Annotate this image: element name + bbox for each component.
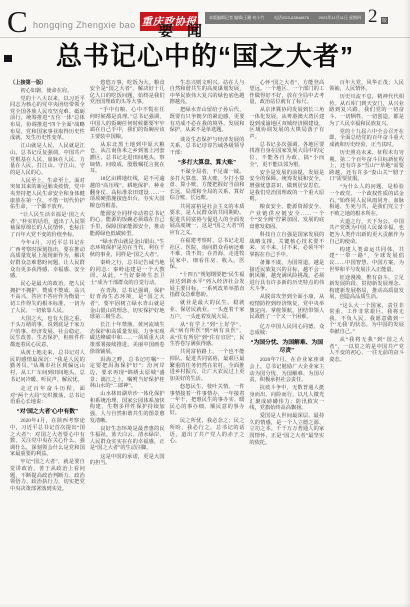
section-lead-in: 谈及生态保护与经济发展的关系，总书记谆谆告诫各级领导干部： bbox=[170, 137, 245, 157]
body-paragraph: 把绿水青山留给子孙后代，既要有只争朝夕的紧迫感，更要有功成不必在我的境界。发展和… bbox=[170, 107, 245, 133]
edition-info-bar: 本版编辑记者 编辑/王珊 何小竹 电话/023-63844876 2021年11… bbox=[205, 12, 365, 24]
body-paragraph: 就业是最大的民生。稳就业、保居民就业，一头连着千家万户，一头连着发展大局。 bbox=[170, 300, 245, 320]
body-paragraph: 2020年7月，在企业家座谈会上，总书记勉励广大企业家主动为国分忧、为国解难、为… bbox=[249, 357, 324, 383]
body-paragraph: 备豫不虞，为国常道。越是接近民族复兴的目标，越不会一帆风顺，越充满风险挑战。必须… bbox=[249, 260, 324, 293]
body-paragraph: “为什么人的问题，是检验一个政党、一个政权性质的试金石。”始终同人民风雨同舟、血… bbox=[329, 184, 404, 217]
body-paragraph: 江山就是人民，人民就是江山。总书记反复强调，中国共产党根基在人民、血脉在人民、力… bbox=[10, 143, 85, 176]
body-paragraph: 悠悠民生，枝叶关情。一件事情接着一件事情办，一年接着一年干，把惠民生的事办实、暖… bbox=[170, 384, 245, 417]
body-paragraph: 在福建考察时，总书记走进社区、医院，询问群众看病还难不难、贵不贵；在青海，走进牧… bbox=[170, 238, 245, 271]
body-paragraph: 构建人类命运共同体，共建“一带一路”，全球发展倡议……中国智慧、中国方案，为世界… bbox=[329, 247, 404, 273]
info-staff: 本版编辑记者 编辑/王珊 何小竹 bbox=[209, 12, 264, 24]
body-paragraph: 山水林田湖草沙一体化保护和系统治理，国家公园体系加快构建，生物多样性保护持续加强… bbox=[90, 391, 165, 424]
scan-edge-right bbox=[404, 0, 410, 607]
body-paragraph: 这是中国的承诺，更是大国的担当。 bbox=[90, 454, 165, 467]
body-paragraph: 从“我将无我”到“国之大者”，一以贯之的是中国共产党人不变的初心、一往无前的奋斗… bbox=[329, 337, 404, 363]
body-paragraph: 共同富裕是社会主义的本质要求，是人民群众的共同期盼。促进共同富裕与促进人的全面发… bbox=[170, 204, 245, 237]
body-paragraph: 长江十年禁渔、黄河流域生态保护和高质量发展、力争实现碳达峰碳中和……一项项重大决… bbox=[90, 322, 165, 355]
body-paragraph: 安全是发展的前提，发展是安全的保障。统筹发展和安全，增强忧患意识，做到居安思危，… bbox=[249, 170, 324, 203]
masthead-initial: C bbox=[7, 6, 28, 37]
body-paragraph: 民心是最大的政治。把人民拥护不拥护、赞成不赞成、高兴不高兴、答应不答应作为衡量一… bbox=[10, 281, 85, 314]
scan-edge-bottom bbox=[0, 603, 410, 607]
masthead: C hongqing Zhengxie bao 重庆政协报 要闻 本版编辑记者 … bbox=[0, 0, 410, 38]
body-paragraph: 民之所忧，我必念之；民之所盼，我必行之。总书记的话语，道出了共产党人的赤子之心。 bbox=[170, 418, 245, 444]
section-subhead: “对‘国之大者’心中有数” bbox=[10, 408, 85, 416]
body-paragraph: 大道之行，天下为公。中国共产党既为中国人民谋幸福，也把为人类作出新的更大贡献作为… bbox=[329, 219, 404, 245]
body-paragraph: 大国之大，也有大国之重。千头万绪的事，说到底是千家万户的事。经济发展、社会稳定、… bbox=[10, 316, 85, 349]
article-column-3: 生态兴则文明兴。站在人与自然和谐共生的高度谋划发展，中华民族伟大复兴的绿色底色越… bbox=[170, 78, 245, 599]
body-paragraph: 不谋全局者，不足谋一域。多打大算盘、算大账，少打小算盘、算小账，方能把握好当前和… bbox=[170, 169, 245, 202]
body-paragraph: “绿水青山就是金山银山。”生态环境保护是功在当代、利在千秋的事业，同样是“国之大… bbox=[90, 239, 165, 259]
section-lead-in: 亿万中国人民同心同德、众志成城： bbox=[249, 324, 324, 337]
masthead-latin-title: hongqing Zhengxie bao bbox=[33, 20, 135, 30]
page-unit-label: 版 bbox=[381, 17, 388, 24]
body-paragraph: 能源安全同样牵动着总书记的心。能源的饭碗必须端在自己手里，保障国家能源安全，推动… bbox=[90, 211, 165, 237]
body-paragraph: 党的十八大以来，以习近平同志为核心的党中央团结带领全党全国各族人民攻坚克难、砥砺… bbox=[10, 96, 85, 142]
section-subhead: “为国分忧、为国解难、为国尽责” bbox=[249, 339, 324, 355]
body-paragraph: 2020年4月，在陕西考察途中，习近平总书记首次提出“国之大者”：对国之大者要心… bbox=[10, 418, 85, 458]
article-column-1: （上接第一版）初心如磐，使命在肩。党的十八大以来，以习近平同志为核心的党中央团结… bbox=[10, 78, 85, 599]
body-paragraph: 科技自立自强是国家发展的战略支撑。关键核心技术要不来、买不来、讨不来，必须牢牢掌… bbox=[249, 232, 324, 258]
body-paragraph: 历史川流不息，精神代代相传。从石库门到天安门，从兴业路到复兴路，我们党的一切奋斗… bbox=[329, 94, 404, 127]
newspaper-page: { "header": { "masthead_initial": "C", "… bbox=[0, 0, 410, 607]
body-paragraph: 抗疫斗争中，无数普通人挺身而出、向险而行，以凡人微光汇聚成磅礴伟力；防汛救灾一线… bbox=[249, 385, 324, 411]
body-paragraph: 百年大党，风华正茂；人民领袖，人民情怀。 bbox=[329, 80, 404, 93]
section-lead-in: 走过百年奋斗历程，面对“两个大局”交织激荡，总书记语重心长地说： bbox=[10, 386, 85, 406]
body-paragraph: 共同富裕路上，一个也不能掉队。促进共同富裕，最艰巨最繁重的任务仍然在农村。全面推… bbox=[170, 349, 245, 382]
body-paragraph: “手中有粮、心中不慌在任何时候都是真理。”总书记强调，中国人的饭碗任何时候都要牢… bbox=[90, 107, 165, 140]
body-paragraph: 爱国是人世间最深层、最持久的情感，是一个人立德之源、立功之本。千千万万普通人的家… bbox=[249, 413, 324, 446]
main-headline: 总书记心中的“国之大者” bbox=[0, 40, 410, 72]
info-date: 2021年11月11日 星期四 bbox=[319, 12, 361, 24]
article-column-4: 心怀“国之大者”，方能登高望远。一个地区、一个部门的工作做得好不好，放在全局中去… bbox=[249, 78, 324, 599]
body-paragraph: 从东北黑土地到中原大粮仓，从江南鱼米之乡到塞上河套灌区，总书记走进田间地头，察墒… bbox=[90, 142, 165, 175]
body-paragraph: 18亿亩耕地红线，是不可逾越的“高压线”。耕地保护、种业翻身仗、高标准农田建设…… bbox=[90, 176, 165, 209]
body-paragraph: 秦岭之行，总书记告诫当地的同志：秦岭违建是一个大教训。从此，“当好秦岭生态卫士”… bbox=[90, 260, 165, 286]
body-paragraph: 征途漫漫，惟有奋斗。立足新发展阶段、贯彻新发展理念、构建新发展格局，推动高质量发… bbox=[329, 275, 404, 301]
section-subhead: “多打大算盘、算大账” bbox=[170, 159, 245, 167]
body-paragraph: 从京津冀协同发展到长三角一体化发展，从粤港澳大湾区建设到成渝地区双城经济圈建设，… bbox=[249, 107, 324, 140]
body-paragraph: 粮食安全、能源资源安全、产业链供应链安全……一个个“安全阀”拧紧加固，发展的底盘… bbox=[249, 204, 324, 230]
body-paragraph: 良好生态环境是最普惠的民生福祉。蓝天白云、清水绿岸，人民群众实实在在的幸福感，正… bbox=[90, 426, 165, 452]
body-paragraph: 今年4月，习近平总书记在广西考察时深刻指出，要在推动高质量发展上展现新作为，解决… bbox=[10, 240, 85, 280]
body-paragraph: “让人民生活幸福是‘国之大者’。”朴实的话语，道出了人民领袖深厚绵长的人民情怀，… bbox=[10, 212, 85, 238]
article-column-5: 百年大党，风华正茂；人民领袖，人民情怀。历史川流不息，精神代代相传。从石库门到天… bbox=[329, 78, 404, 599]
body-paragraph: 从“有学上”到“上好学”，从“病有所医”到“病有良医”，从“住有所居”到“住有宜… bbox=[170, 322, 245, 348]
body-paragraph: 从黄土地走来，总书记对人民的感情最深沉：“我是人民的勤务员。”从城市社区到偏远山… bbox=[10, 350, 85, 383]
body-paragraph: 心怀“国之大者”，方能登高望远。一个地区、一个部门的工作做得好不好，放在全局中去… bbox=[249, 80, 324, 106]
article-columns: （上接第一版）初心如磐，使命在肩。党的十八大以来，以习近平同志为核心的党中央团结… bbox=[10, 78, 404, 599]
body-paragraph: 从脱贫攻坚到全面小康，从疫情防控到经济恢复，党中央举旗定向、掌舵领航，团结带领人… bbox=[249, 294, 324, 320]
body-paragraph: 总书记多次强调，各地区要找准自身在国家发展大局中的定位，不能各自为政、搞“小而全… bbox=[249, 142, 324, 168]
body-paragraph: 生态兴则文明兴。站在人与自然和谐共生的高度谋划发展，中华民族伟大复兴的绿色底色越… bbox=[170, 80, 245, 106]
body-paragraph: 初心如磐，使命在肩。 bbox=[10, 88, 85, 95]
body-paragraph: 历史照亮未来，征程未有穷期。第二个百年奋斗目标新征程上，还有许多“雪山”“草地”… bbox=[329, 150, 404, 183]
body-paragraph: 党的十九届六中全会召开在即，全面总结党的百年奋斗重大成就和历史经验，正当其时。 bbox=[329, 129, 404, 149]
body-paragraph: 牢记“国之大者”，就是要自觉讲政治，善于从政治上看问题，不断提高政治判断力、政治… bbox=[10, 459, 85, 492]
continued-from-note: （上接第一版） bbox=[10, 80, 85, 87]
body-paragraph: 人民至上、生命至上。面对突如其来的新冠肺炎疫情，党中央坚持把人民生命安全和身体健… bbox=[10, 178, 85, 211]
article-column-2: 悠悠万事，吃饭为大。粮食安全是“国之大者”。解决好十几亿人口的吃饭问题，始终是我… bbox=[90, 78, 165, 599]
body-paragraph: “这么大一个国家，责任非常重、工作非常艰巨。我将无我，不负人民。我愿意做到一个‘… bbox=[329, 303, 404, 336]
body-paragraph: 悠悠万事，吃饭为大。粮食安全是“国之大者”。解决好十几亿人口的吃饭问题，始终是我… bbox=[90, 80, 165, 106]
body-paragraph: 在青海，总书记强调，保护好青海生态环境，是“国之大者”，要牢固树立绿水青山就是金… bbox=[90, 288, 165, 321]
body-paragraph: “十四五”规划纲要把“民生福祉达到新水平”列入经济社会发展主要目标，一系列改革举… bbox=[170, 272, 245, 298]
page-number: 2 bbox=[368, 6, 378, 28]
body-paragraph: 洱海之畔，总书记叮嘱“一定要把洱海保护好”；汾河岸边，要求再现“锦绣太原城”盛景… bbox=[90, 357, 165, 390]
masthead-divider bbox=[0, 37, 410, 38]
info-phone: 电话/023-63844876 bbox=[274, 12, 309, 24]
